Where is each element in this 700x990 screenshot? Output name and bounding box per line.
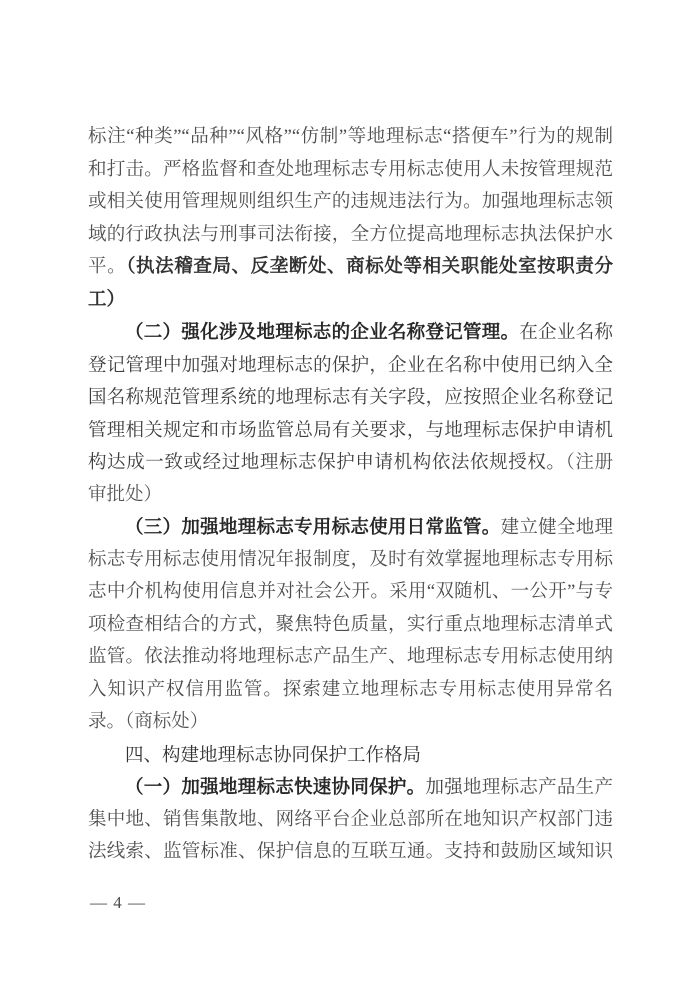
sans-body-text-run: 在企业名称 [519,321,613,342]
text-line: 构达成一致或经过地理标志保护申请机构依法依规授权。（注册 [88,446,613,479]
body-text-run: 法线索、监管标准、保护信息的互联互通。支持和鼓励区域知识 [88,842,613,862]
sans-body-text-run: 登记管理中加强对地理标志的保护，企业在名称中使用已纳入全 [88,354,613,375]
department-note-bold-run: 工） [88,290,125,310]
text-line: 登记管理中加强对地理标志的保护，企业在名称中使用已纳入全 [88,349,613,382]
body-text-run: 项检查相结合的方式，聚焦特色质量，实行重点地理标志清单式 [88,615,613,635]
body-text-run: 志中介机构使用信息并对社会公开。采用“双随机、一公开”与专 [88,582,613,602]
page-number: — 4 — [90,893,146,913]
body-text-run: 平。 [88,257,126,277]
department-note-run: （商标处） [125,712,208,732]
department-note-run: 审批处） [88,485,162,505]
text-line: 标志专用标志使用情况年报制度，及时有效掌握地理标志专用标 [88,544,613,577]
sans-body-text-run: 国名称规范管理系统的地理标志有关字段，应按照企业名称登记 [88,386,613,407]
text-line: 和打击。严格监督和查处地理标志专用标志使用人未按管理规范 [88,154,613,187]
text-line: 工） [88,284,613,317]
clause-heading-run: （一）加强地理标志快速协同保护。 [125,776,425,797]
body-text-run: 监管。依法推动将地理标志产品生产、地理标志专用标志使用纳 [88,647,613,667]
text-line: 入知识产权信用监管。探索建立地理标志专用标志使用异常名 [88,674,613,707]
text-line: 平。（执法稽查局、反垄断处、商标处等相关职能处室按职责分 [88,251,613,284]
document-body: 标注“种类”“品种”“风格”“仿制”等地理标志“搭便车”行为的规制 和打击。严格… [88,121,613,869]
sans-body-text-run: 构达成一致或经过地理标志保护申请机构依法依规授权。 [88,451,566,472]
sans-body-text-run: 管理相关规定和市场监管总局有关要求，与地理标志保护申请机 [88,419,613,440]
text-line: 审批处） [88,479,613,512]
text-line: 标注“种类”“品种”“风格”“仿制”等地理标志“搭便车”行为的规制 [88,121,613,154]
body-text-run: 入知识产权信用监管。探索建立地理标志专用标志使用异常名 [88,680,613,700]
department-note-run: （注册 [566,453,613,473]
text-line: 录。（商标处） [88,706,613,739]
text-line: 集中地、销售集散地、网络平台企业总部所在地知识产权部门违 [88,804,613,837]
text-line: 域的行政执法与刑事司法衔接，全方位提高地理标志执法保护水 [88,219,613,252]
body-text-run: 录。 [88,712,125,732]
text-line: 法线索、监管标准、保护信息的互联互通。支持和鼓励区域知识 [88,836,613,869]
sans-body-text-run: 加强 [425,776,463,797]
text-line: （二）强化涉及地理标志的企业名称登记管理。在企业名称 [88,316,613,349]
text-line: 国名称规范管理系统的地理标志有关字段，应按照企业名称登记 [88,381,613,414]
document-page: 标注“种类”“品种”“风格”“仿制”等地理标志“搭便车”行为的规制 和打击。严格… [0,0,700,990]
body-text-run: 地理标志产品生产 [463,778,613,798]
text-line: 志中介机构使用信息并对社会公开。采用“双随机、一公开”与专 [88,576,613,609]
section-heading-text: 四、构建地理标志协同保护工作格局 [125,744,421,765]
text-line: 监管。依法推动将地理标志产品生产、地理标志专用标志使用纳 [88,641,613,674]
clause-heading-run: （三）加强地理标志专用标志使用日常监管。 [125,516,501,537]
text-line: 或相关使用管理规则组织生产的违规违法行为。加强地理标志领 [88,186,613,219]
body-text-run: 建立健全地理 [501,518,613,538]
body-text-run: 或相关使用管理规则组织生产的违规违法行为。加强地理标志领 [88,192,613,212]
clause-heading-run: （二）强化涉及地理标志的企业名称登记管理。 [125,321,519,342]
body-text-run: 和打击。严格监督和查处地理标志专用标志使用人未按管理规范 [88,160,613,180]
text-line: （三）加强地理标志专用标志使用日常监管。建立健全地理 [88,511,613,544]
text-line: 管理相关规定和市场监管总局有关要求，与地理标志保护申请机 [88,414,613,447]
department-note-bold-run: （执法稽查局、反垄断处、商标处等相关职能处室按职责分 [126,257,613,277]
text-line: （一）加强地理标志快速协同保护。加强地理标志产品生产 [88,771,613,804]
body-text-run: 标注“种类”“品种”“风格”“仿制”等地理标志“搭便车”行为的规制 [88,127,613,147]
body-text-run: 集中地、销售集散地、网络平台企业总部所在地知识产权部门违 [88,810,613,830]
body-text-run: 域的行政执法与刑事司法衔接，全方位提高地理标志执法保护水 [88,225,613,245]
text-line: 四、构建地理标志协同保护工作格局 [88,739,613,772]
text-line: 项检查相结合的方式，聚焦特色质量，实行重点地理标志清单式 [88,609,613,642]
body-text-run: 标志专用标志使用情况年报制度，及时有效掌握地理标志专用标 [88,550,613,570]
